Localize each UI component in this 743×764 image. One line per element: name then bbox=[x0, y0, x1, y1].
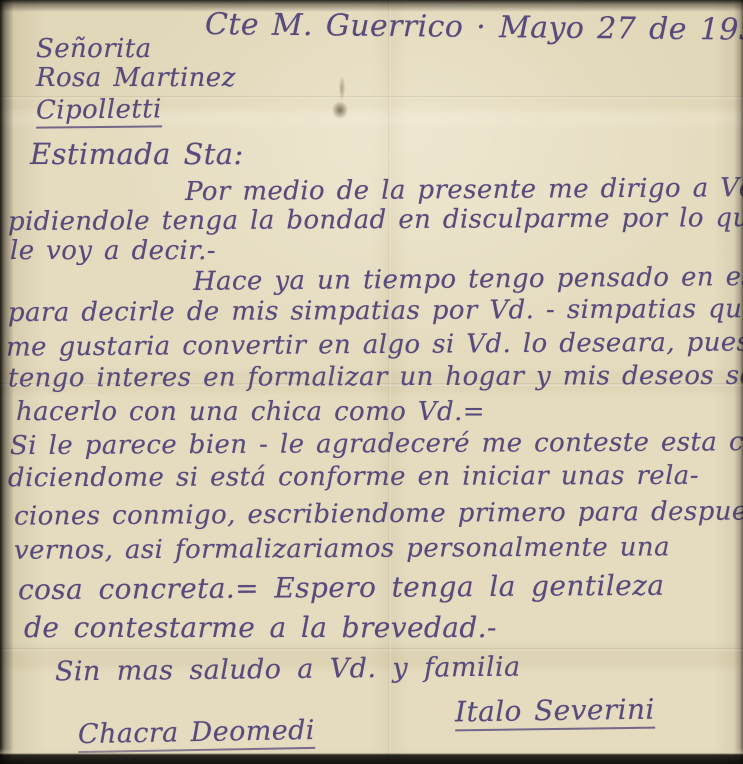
body-line: Hace ya un tiempo tengo pensado en escri… bbox=[193, 261, 743, 297]
body-line: de contestarme a la brevedad.- bbox=[24, 611, 497, 644]
body-line: hacerlo con una chica como Vd.= bbox=[16, 397, 485, 427]
recipient-city: Cipolletti bbox=[36, 94, 162, 128]
body-line: Por medio de la presente me dirigo a Vd. bbox=[185, 173, 743, 207]
body-line: para decirle de mis simpatias por Vd. - … bbox=[8, 294, 743, 328]
closing: Sin mas saludo a Vd. y familia bbox=[55, 652, 521, 688]
body-line: pidiendole tenga la bondad en disculparm… bbox=[8, 203, 743, 237]
body-line: Si le parece bien - le agradeceré me con… bbox=[10, 427, 743, 461]
signature: Italo Severini bbox=[455, 693, 655, 732]
recipient-name: Rosa Martinez bbox=[36, 63, 236, 93]
body-line: vernos, asi formalizariamos personalment… bbox=[14, 532, 670, 565]
letter-photo: Cte M. Guerrico · Mayo 27 de 1952 Señori… bbox=[0, 0, 743, 764]
body-line: le voy a decir.- bbox=[10, 236, 216, 266]
salutation: Estimada Sta: bbox=[30, 137, 244, 171]
body-line: tengo interes en formalizar un hogar y m… bbox=[8, 361, 743, 394]
body-line: diciendome si está conforme en iniciar u… bbox=[8, 461, 699, 493]
body-line: cosa concreta.= Espero tenga la gentilez… bbox=[18, 569, 665, 607]
sender-address: Chacra Deomedi bbox=[78, 715, 315, 753]
recipient-title: Señorita bbox=[36, 34, 152, 64]
dateline: Cte M. Guerrico · Mayo 27 de 1952 bbox=[205, 7, 743, 48]
body-line: ciones conmigo, escribiendome primero pa… bbox=[14, 496, 743, 531]
body-line: me gustaria convertir en algo si Vd. lo … bbox=[6, 327, 743, 362]
